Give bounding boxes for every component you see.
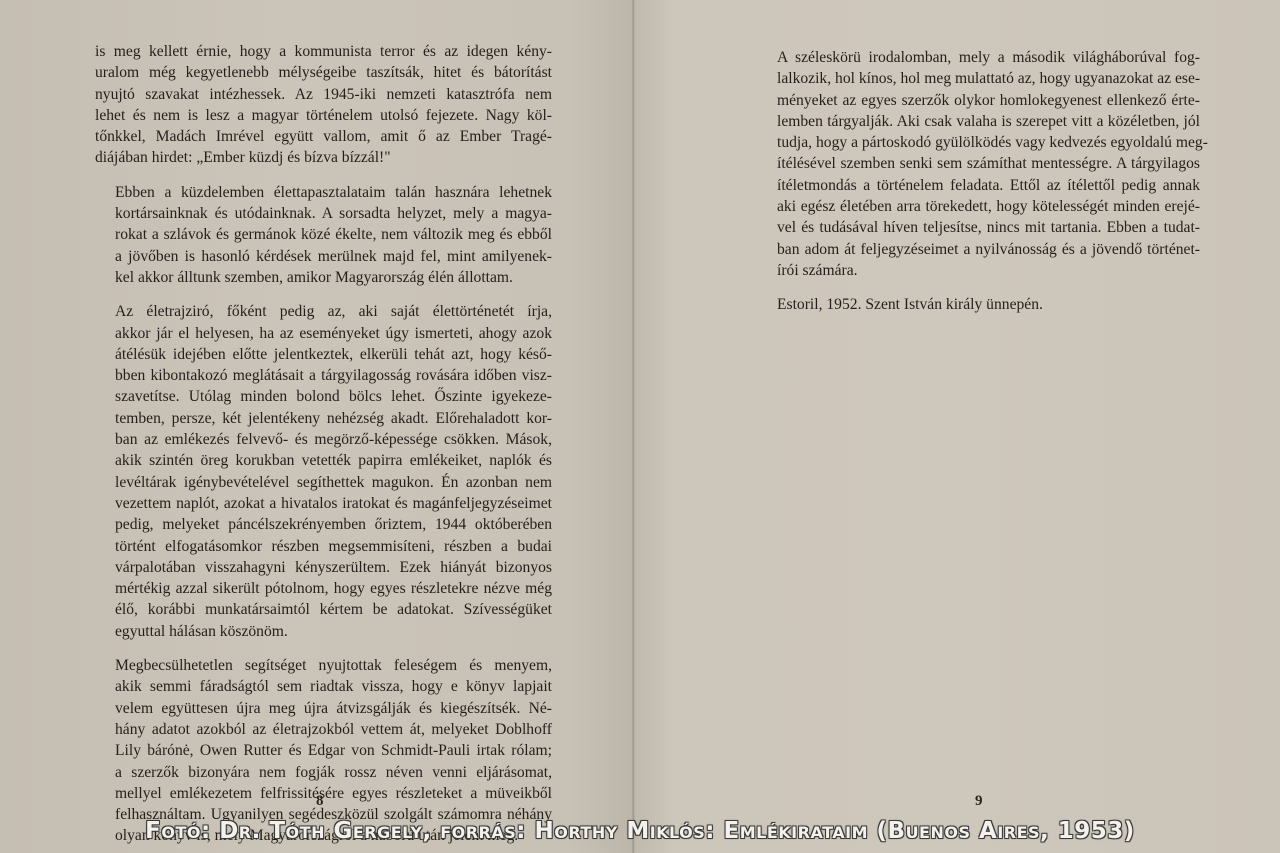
book-gutter: [632, 0, 635, 853]
text-line: tőnkkel, Madách Imrével együtt vallom, a…: [95, 126, 552, 147]
text-line: aki egész életében arra törekedett, hogy…: [757, 196, 1200, 217]
text-line: Megbecsülhetetlen segítséget nyujtottak …: [95, 655, 552, 676]
text-line: Az életrajziró, főként pedig az, aki saj…: [95, 301, 552, 322]
paragraph: A széleskörü irodalomban, mely a második…: [757, 47, 1200, 281]
right-page-text: A széleskörü irodalomban, mely a második…: [757, 47, 1200, 329]
text-line: akik semmi fáradságtól sem riadtak vissz…: [95, 676, 552, 697]
paragraph: is meg kellett érnie, hogy a kommunista …: [95, 41, 552, 169]
text-line: A széleskörü irodalomban, mely a második…: [757, 47, 1200, 68]
text-line: pedig, melyeket páncélszekrényemben őriz…: [95, 514, 552, 535]
text-line: ményeket az egyes szerzők olykor homloke…: [757, 90, 1200, 111]
text-line: a szerzők bizonyára nem fogják rossz név…: [95, 762, 552, 783]
text-line: történt elfogatásomkor részben megsemmis…: [95, 536, 552, 557]
text-line: Estoril, 1952. Szent István király ünnep…: [757, 294, 1200, 315]
page-number-left: 8: [316, 793, 324, 810]
text-line: is meg kellett érnie, hogy a kommunista …: [95, 41, 552, 62]
text-line: bben kibontakozó meglátásait a tárgyilag…: [95, 365, 552, 386]
text-line: ítélésével szemben senki sem számíthat m…: [757, 153, 1200, 174]
text-line: élő, korábbi munkatársaimtól kértem be a…: [95, 599, 552, 620]
text-line: lalkozik, hol kínos, hol meg mulattató a…: [757, 68, 1200, 89]
text-line: átélésük idejében előtte jelentkeztek, e…: [95, 344, 552, 365]
text-line: Ebben a küzdelemben élettapasztalataim t…: [95, 182, 552, 203]
text-line: vezettem naplót, azokat a hivatalos irat…: [95, 493, 552, 514]
text-line: akkor jár el helyesen, ha az eseményeket…: [95, 323, 552, 344]
text-line: tudja, hogy a pártoskodó gyülölködés vag…: [757, 132, 1200, 153]
text-line: rokat a szlávok és germánok közé ékelte,…: [95, 224, 552, 245]
text-line: levéltárak igénybevételével segíthettek …: [95, 472, 552, 493]
text-line: Lily bárónė, Owen Rutter és Edgar von Sc…: [95, 740, 552, 761]
text-line: írói számára.: [757, 260, 1200, 281]
text-line: mellyel emlékezetem felfrissitésére egye…: [95, 783, 552, 804]
text-line: lemben tárgyalják. Aki csak valaha is sz…: [757, 111, 1200, 132]
left-page-text: is meg kellett érnie, hogy a kommunista …: [95, 41, 552, 853]
text-line: lehet és nem is lesz a magyar történelem…: [95, 105, 552, 126]
text-line: ban adom át feljegyzéseimet a nyilvánoss…: [757, 239, 1200, 260]
text-line: diájában hirdet: „Ember küzdj és bízva b…: [95, 147, 552, 168]
page-number-right: 9: [975, 793, 983, 810]
paragraph: Estoril, 1952. Szent István király ünnep…: [757, 294, 1200, 315]
paragraph: Az életrajziró, főként pedig az, aki saj…: [95, 301, 552, 642]
text-line: kel akkor álltunk szemben, amikor Magyar…: [95, 267, 552, 288]
photo-credit-caption: Fotó: Dr. Tóth Gergely, forrás: Horthy M…: [0, 818, 1280, 844]
paragraph: Ebben a küzdelemben élettapasztalataim t…: [95, 182, 552, 288]
text-line: nyujtó szavakat intézhessek. Az 1945-iki…: [95, 84, 552, 105]
text-line: szavetítse. Utólag minden bolond bölcs l…: [95, 386, 552, 407]
text-line: mértékig azzal sikerült pótolnom, hogy e…: [95, 578, 552, 599]
text-line: vel és tudásával híven teljesítse, nincs…: [757, 217, 1200, 238]
text-line: hány adatot azokból az életrajzokból vet…: [95, 719, 552, 740]
text-line: kortársainknak és utódainknak. A sorsadt…: [95, 203, 552, 224]
text-line: akik szintén öreg korukban vetették papi…: [95, 450, 552, 471]
text-line: a jövőben is hasonló kérdések merülnek m…: [95, 246, 552, 267]
text-line: uralom még kegyetlenebb mélységeibe tasz…: [95, 62, 552, 83]
text-line: ban az emlékezés felvevő- és megörző-kép…: [95, 429, 552, 450]
text-line: temben, persze, két jelentékeny nehézség…: [95, 408, 552, 429]
text-line: velem együttesen újra meg újra átvizsgál…: [95, 698, 552, 719]
text-line: várpalotában visszahagyni kényszerültem.…: [95, 557, 552, 578]
text-line: egyuttal hálásan köszönöm.: [95, 621, 552, 642]
text-line: ítéletmondás a történelem feladata. Ettő…: [757, 175, 1200, 196]
